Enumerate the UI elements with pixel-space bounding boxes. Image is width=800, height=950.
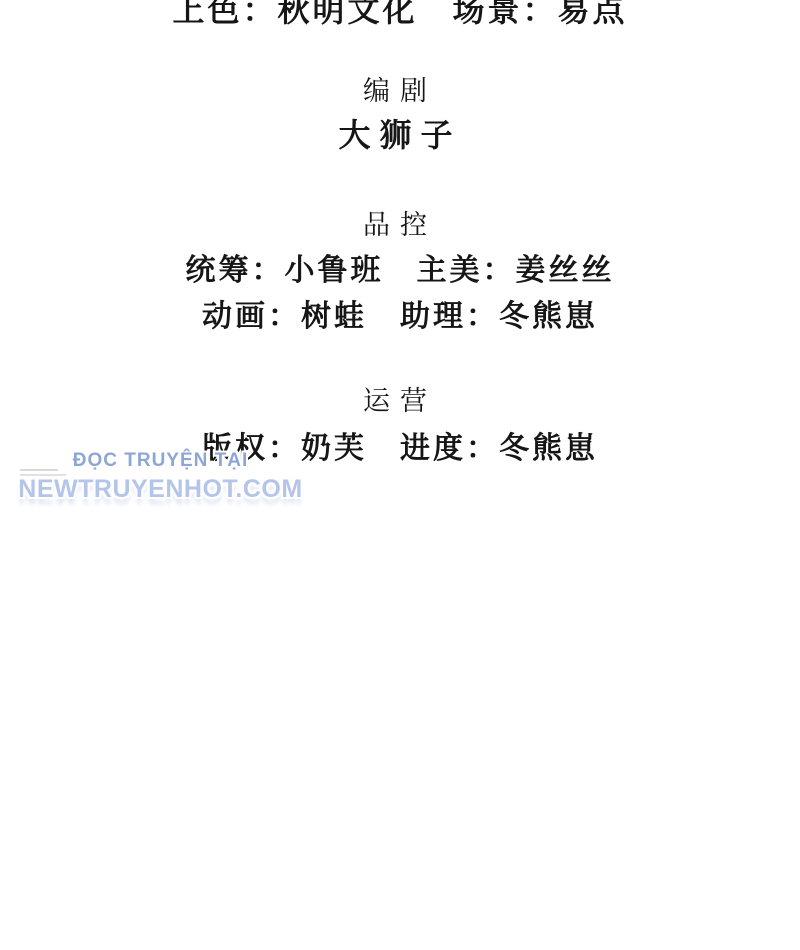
watermark-site-name-shadow: NEWTRUYENHOT.COM [18,482,303,511]
credit-line-screenwriter-name: 大狮子 [0,110,800,156]
credit-line-animation-assistant: 动画：树蛙 助理：冬熊崽 [0,291,800,335]
comic-credits-page: 上色：秋明文化 场景：易点 编剧 大狮子 品控 统筹：小鲁班 主美：姜丝丝 动画… [0,0,800,950]
section-title-operations: 运营 [0,379,800,418]
credit-line-coloring-scene: 上色：秋明文化 场景：易点 [0,0,800,31]
section-title-screenwriter: 编剧 [0,69,800,108]
faint-edge-artifact [20,469,66,479]
credit-line-copyright-progress: 版权：奶芙 进度：冬熊崽 [0,423,800,467]
watermark-site-name: NEWTRUYENHOT.COM [18,475,303,504]
credit-line-coordinator-leadartist: 统筹：小鲁班 主美：姜丝丝 [0,245,800,289]
section-title-quality-control: 品控 [0,203,800,242]
